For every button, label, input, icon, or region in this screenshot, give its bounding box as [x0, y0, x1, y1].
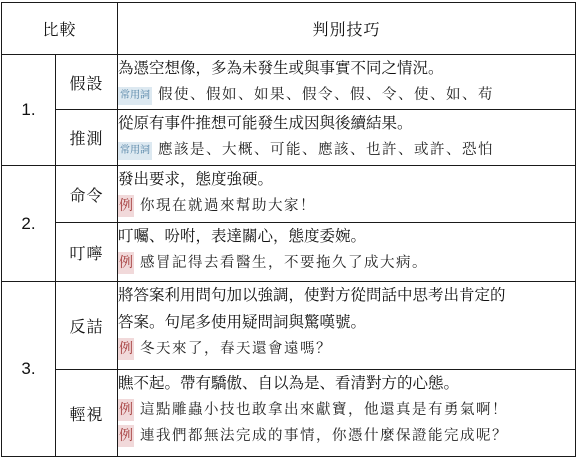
description-cell: 發出要求，態度強硬。 例你現在就過來幫助大家！: [118, 166, 576, 223]
header-technique: 判別技巧: [118, 3, 576, 55]
description-cell: 瞧不起。帶有驕傲、自以為是、看清對方的心態。 例這點雕蟲小技也敢拿出來獻寶，他還…: [118, 370, 576, 457]
table-row-rhetorical-question: 3. 反詰 將答案利用問句加以強調，使對方從問話中思考出肯定的 答案。句尾多使用…: [2, 282, 576, 370]
description-cell: 從原有事件推想可能發生成因與後續結果。 常用詞應該是、大概、可能、應該、也許、或…: [118, 110, 576, 166]
example-badge: 例: [118, 195, 134, 217]
type-label: 輕視: [56, 370, 118, 457]
common-words-text: 應該是、大概、可能、應該、也許、或許、恐怕: [158, 142, 494, 158]
group-number: 1.: [2, 55, 56, 166]
header-row: 比較 判別技巧: [2, 3, 576, 55]
common-words-text: 假使、假如、如果、假令、假、令、使、如、苟: [158, 87, 494, 103]
type-label: 叮嚀: [56, 223, 118, 282]
example-text: 冬天來了，春天還會遠嗎？: [140, 341, 332, 357]
description-text: 叮囑、吩咐，表達關心，態度委婉。: [118, 223, 575, 250]
header-compare: 比較: [2, 3, 118, 55]
description-text: 從原有事件推想可能發生成因與後續結果。: [118, 110, 575, 137]
common-words-line: 常用詞應該是、大概、可能、應該、也許、或許、恐怕: [118, 137, 575, 163]
description-cell: 叮囑、吩咐，表達關心，態度委婉。 例感冒記得去看醫生，不要拖久了成大病。: [118, 223, 576, 282]
table-row-command: 2. 命令 發出要求，態度強硬。 例你現在就過來幫助大家！: [2, 166, 576, 223]
example-text: 感冒記得去看醫生，不要拖久了成大病。: [140, 255, 428, 271]
table-row-hypothesis: 1. 假設 為憑空想像，多為未發生或與事實不同之情況。 常用詞假使、假如、如果、…: [2, 55, 576, 110]
example-text: 你現在就過來幫助大家！: [140, 198, 316, 214]
example-line: 例這點雕蟲小技也敢拿出來獻寶，他還真是有勇氣啊！: [118, 397, 575, 423]
description-text: 將答案利用問句加以強調，使對方從問話中思考出肯定的: [118, 282, 575, 309]
type-label: 推測: [56, 110, 118, 166]
common-words-badge: 常用詞: [118, 87, 152, 105]
example-badge: 例: [118, 338, 134, 360]
description-text: 為憑空想像，多為未發生或與事實不同之情況。: [118, 55, 575, 82]
example-line: 例感冒記得去看醫生，不要拖久了成大病。: [118, 250, 575, 276]
table-row-contempt: 輕視 瞧不起。帶有驕傲、自以為是、看清對方的心態。 例這點雕蟲小技也敢拿出來獻寶…: [2, 370, 576, 457]
description-text: 發出要求，態度強硬。: [118, 166, 575, 193]
example-line: 例你現在就過來幫助大家！: [118, 193, 575, 219]
description-text: 瞧不起。帶有驕傲、自以為是、看清對方的心態。: [118, 370, 575, 397]
group-number: 2.: [2, 166, 56, 282]
type-label: 命令: [56, 166, 118, 223]
example-badge: 例: [118, 425, 134, 447]
table-row-speculation: 推測 從原有事件推想可能發生成因與後續結果。 常用詞應該是、大概、可能、應該、也…: [2, 110, 576, 166]
table-row-exhortation: 叮嚀 叮囑、吩咐，表達關心，態度委婉。 例感冒記得去看醫生，不要拖久了成大病。: [2, 223, 576, 282]
example-line: 例冬天來了，春天還會遠嗎？: [118, 336, 575, 362]
example-badge: 例: [118, 252, 134, 274]
example-badge: 例: [118, 399, 134, 421]
common-words-line: 常用詞假使、假如、如果、假令、假、令、使、如、苟: [118, 82, 575, 108]
description-text: 答案。句尾多使用疑問詞與驚嘆號。: [118, 309, 575, 336]
type-label: 假設: [56, 55, 118, 110]
comparison-table-container: 比較 判別技巧 1. 假設 為憑空想像，多為未發生或與事實不同之情況。 常用詞假…: [1, 2, 576, 457]
common-words-badge: 常用詞: [118, 142, 152, 160]
comparison-table: 比較 判別技巧 1. 假設 為憑空想像，多為未發生或與事實不同之情況。 常用詞假…: [1, 2, 576, 457]
group-number: 3.: [2, 282, 56, 457]
example-text: 這點雕蟲小技也敢拿出來獻寶，他還真是有勇氣啊！: [140, 402, 508, 418]
description-cell: 為憑空想像，多為未發生或與事實不同之情況。 常用詞假使、假如、如果、假令、假、令…: [118, 55, 576, 110]
example-text: 連我們都無法完成的事情，你憑什麼保證能完成呢？: [140, 428, 508, 444]
type-label: 反詰: [56, 282, 118, 370]
description-cell: 將答案利用問句加以強調，使對方從問話中思考出肯定的 答案。句尾多使用疑問詞與驚嘆…: [118, 282, 576, 370]
example-line: 例連我們都無法完成的事情，你憑什麼保證能完成呢？: [118, 423, 575, 449]
